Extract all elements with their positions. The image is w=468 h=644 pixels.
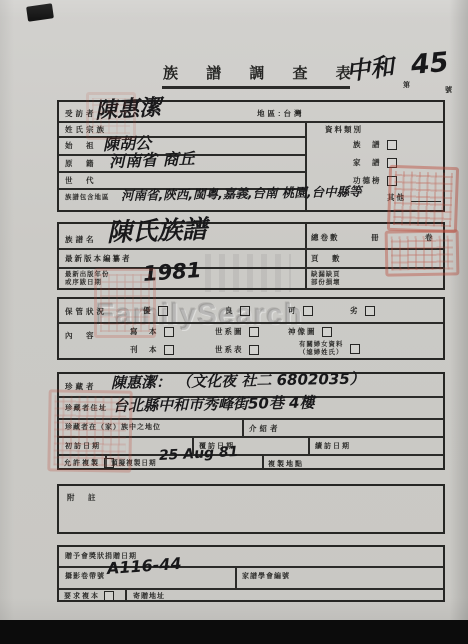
coverage-label: 族譜包含地區 [65,194,109,202]
region-label: 地區:台灣 [257,108,305,119]
content-portrait: 神像圖 [288,326,332,337]
red-seal-stamp [86,92,136,140]
first-ancestor-label: 始 祖 [65,140,97,151]
content-option-label: 世系表 [215,344,244,355]
scan-artifact-blob [26,3,54,21]
content-option-label: 神像圖 [288,326,317,337]
condition-poor: 劣 [350,305,375,316]
condition-good: 良 [225,305,250,316]
content-women-data: 有關婦女資料 （媳婦姓氏） [299,341,360,357]
content-lineage-table: 世系表 [215,344,259,355]
form-title: 族 譜 調 查 表 [163,62,351,83]
content-option-label: 世系圖 [215,326,244,337]
checkbox [350,344,360,354]
total-volumes-label: 總卷數 [311,232,340,243]
checkbox [164,327,174,337]
red-seal-stamp [387,165,459,233]
condition-option-label: 良 [225,305,235,316]
coverage-value: 河南省,陝西,閩粵,嘉義,台南 桃園,台中縣等 [121,182,362,204]
category-option-zupu: 族 譜 [353,139,397,150]
content-label: 內 容 [65,330,97,341]
red-seal-stamp [385,229,460,276]
checkbox [104,591,114,601]
red-seal-stamp [47,389,132,472]
content-option-label: 刊 本 [130,344,159,355]
collector-address-value: 台北縣中和市秀峰街50巷 4樓 [113,391,315,416]
form-table-notes: 附 註 [57,484,445,534]
checkbox [240,306,250,316]
checkbox [303,306,313,316]
genealogy-name-label: 族譜名 [65,234,97,245]
category-option-label: 族 譜 [353,139,382,150]
origin-label: 原 籍 [65,158,97,169]
paper-background: 族 譜 調 查 表 中和 第 45 號 FamilySearch 受訪者 陳惠潔… [0,0,468,622]
content-lineage-chart: 世系圖 [215,326,259,337]
condition-fair: 可 [288,305,313,316]
handwritten-number: 45 [410,47,450,81]
women-label-line1: 有關婦女資料 [299,341,343,349]
followup-visit-label: 續訪日期 [315,441,351,451]
category-label: 資料類別 [325,124,363,135]
checkbox [322,327,332,337]
content-printed: 刊 本 [130,344,174,355]
genealogy-name-value: 陳氏族譜 [106,210,207,249]
women-label-line2: （媳婦姓氏） [299,349,343,357]
title-underline [162,86,350,89]
missing-label-line2: 部份損壞 [311,279,341,287]
number-prefix-label: 第 [403,80,413,90]
missing-label-line1: 缺漏缺頁 [311,271,341,279]
condition-option-label: 可 [288,305,298,316]
checkbox [249,327,259,337]
collector-value: 陳惠潔： （文化夜 社二 6802035） [111,368,365,393]
generations-label: 世 代 [65,175,97,186]
film-number-value: A116-44 [106,554,182,578]
pages-label: 頁 數 [311,253,343,264]
checkbox [365,306,375,316]
copy-request: 要求複本 [64,591,114,601]
handwritten-location: 中和 [344,46,396,87]
editor-label: 最新版本編纂者 [65,253,132,264]
introducer-label: 介紹者 [249,423,281,434]
category-option-label: 家 譜 [353,157,382,168]
category-option-label: 功德榜 [353,175,382,186]
condition-option-label: 劣 [350,305,360,316]
checkbox [164,345,174,355]
copy-place-label: 複製地點 [268,459,304,469]
notes-label: 附 註 [67,492,99,503]
volumes-unit-book: 冊 [371,232,382,243]
scanned-genealogy-form: 族 譜 調 查 表 中和 第 45 號 FamilySearch 受訪者 陳惠潔… [0,0,468,644]
film-number-label: 攝影卷帶號 [65,573,105,581]
checkbox [249,345,259,355]
missing-pages-label: 缺漏缺頁 部份損壞 [311,271,341,287]
planned-copy-date-value: 25 Aug 81 [159,444,239,464]
copy-request-label: 要求複本 [64,591,100,601]
send-address-label: 寄贈地址 [133,593,165,601]
origin-value: 河南省 商丘 [109,146,195,172]
checkbox [387,140,397,150]
number-suffix-label: 號 [445,85,455,95]
form-table-admin: 贈予會獎狀捐贈日期 攝影卷帶號 A116-44 家譜學會編號 要求複本 寄贈地址 [57,545,445,602]
society-number-label: 家譜學會編號 [242,573,290,581]
women-data-label: 有關婦女資料 （媳婦姓氏） [299,341,343,357]
red-seal-stamp [94,268,156,338]
checkbox [158,306,168,316]
scan-black-strip [0,620,468,644]
